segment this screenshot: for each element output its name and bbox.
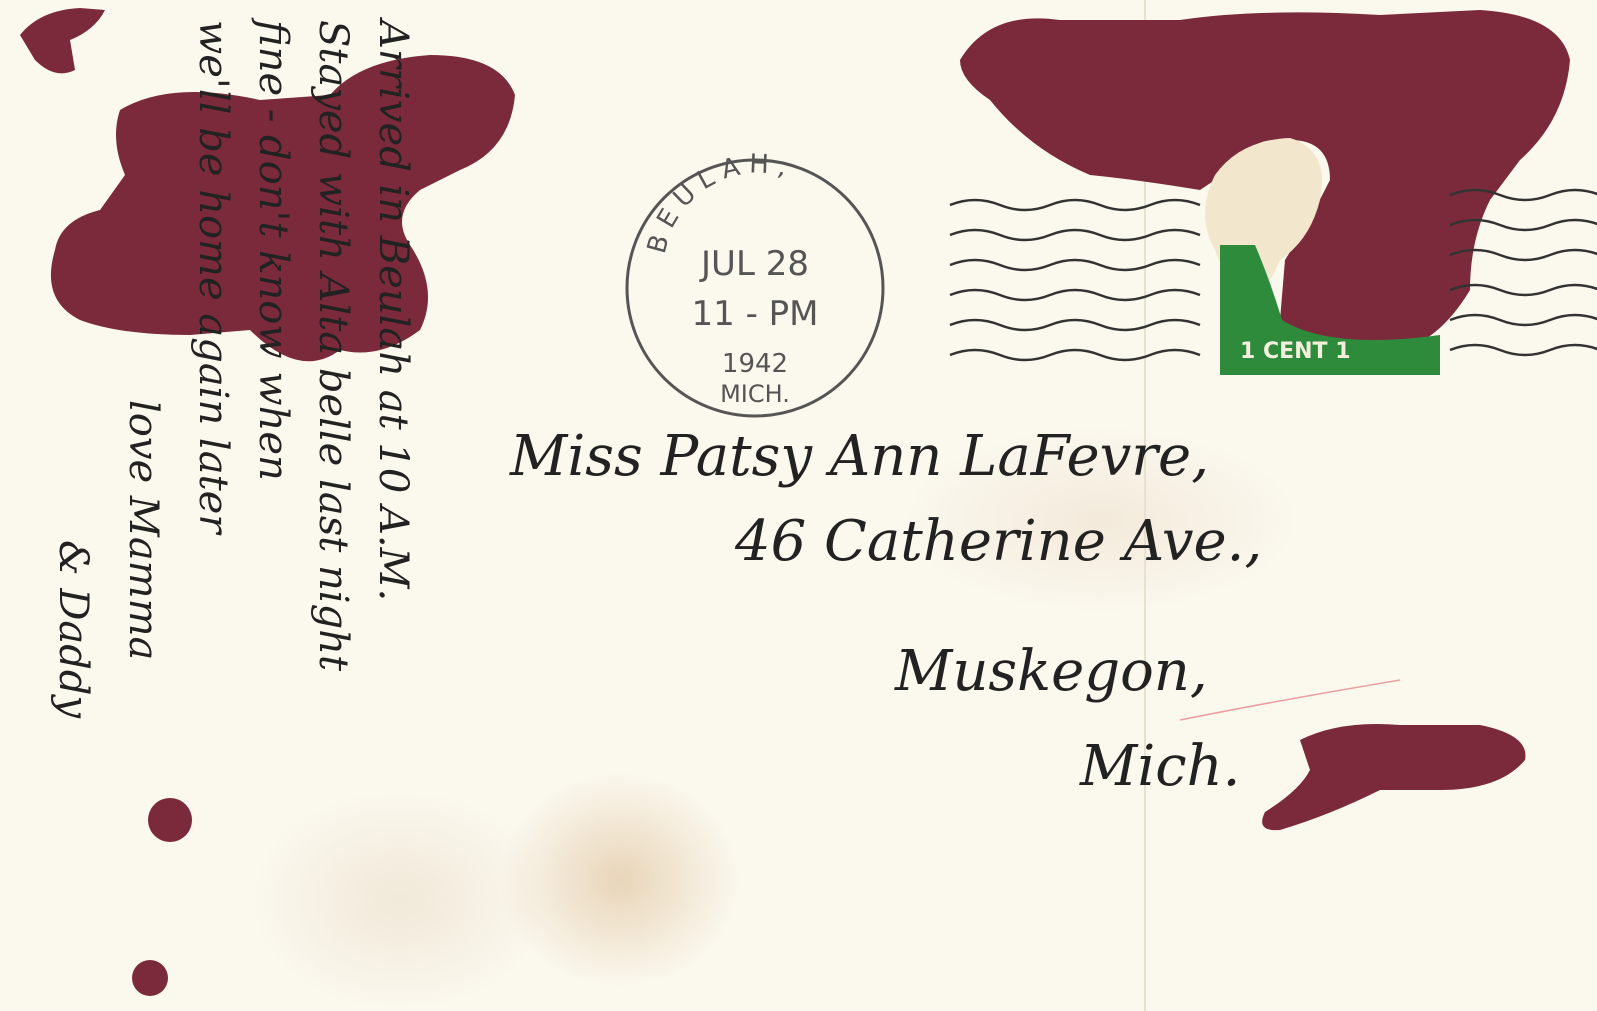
postcard-back: 1 CENT 1 BEULAH, JUL 28 11 - PM 1942 MIC… — [0, 0, 1597, 1011]
message-line-1: Arrived in Beulah at 10 A.M. — [370, 16, 416, 601]
postmark-state: MICH. — [720, 380, 790, 408]
recipient-address: Miss Patsy Ann LaFevre, 46 Catherine Ave… — [509, 424, 1262, 799]
address-line-2: 46 Catherine Ave., — [734, 509, 1262, 574]
message-line-3: fine - don't know when — [250, 17, 296, 481]
message-line-5: love Mamma — [120, 400, 166, 660]
address-line-3: Muskegon, — [894, 639, 1208, 704]
postmark-time: 11 - PM — [692, 294, 819, 334]
message-line-6: & Daddy — [50, 540, 96, 719]
postcard-art: 1 CENT 1 BEULAH, JUL 28 11 - PM 1942 MIC… — [0, 0, 1597, 1011]
address-line-4: Mich. — [1079, 734, 1240, 799]
postmark-year: 1942 — [722, 349, 788, 379]
postmark-date: JUL 28 — [699, 244, 809, 284]
address-line-1: Miss Patsy Ann LaFevre, — [509, 424, 1209, 489]
message-line-2: Stayed with Alta belle last night — [310, 20, 356, 672]
postmark: BEULAH, JUL 28 11 - PM 1942 MICH. — [627, 149, 883, 416]
red-pencil-mark — [1180, 680, 1400, 720]
message-line-4: we'll be home again later — [190, 20, 236, 536]
stamp-denomination: 1 CENT 1 — [1240, 339, 1351, 364]
